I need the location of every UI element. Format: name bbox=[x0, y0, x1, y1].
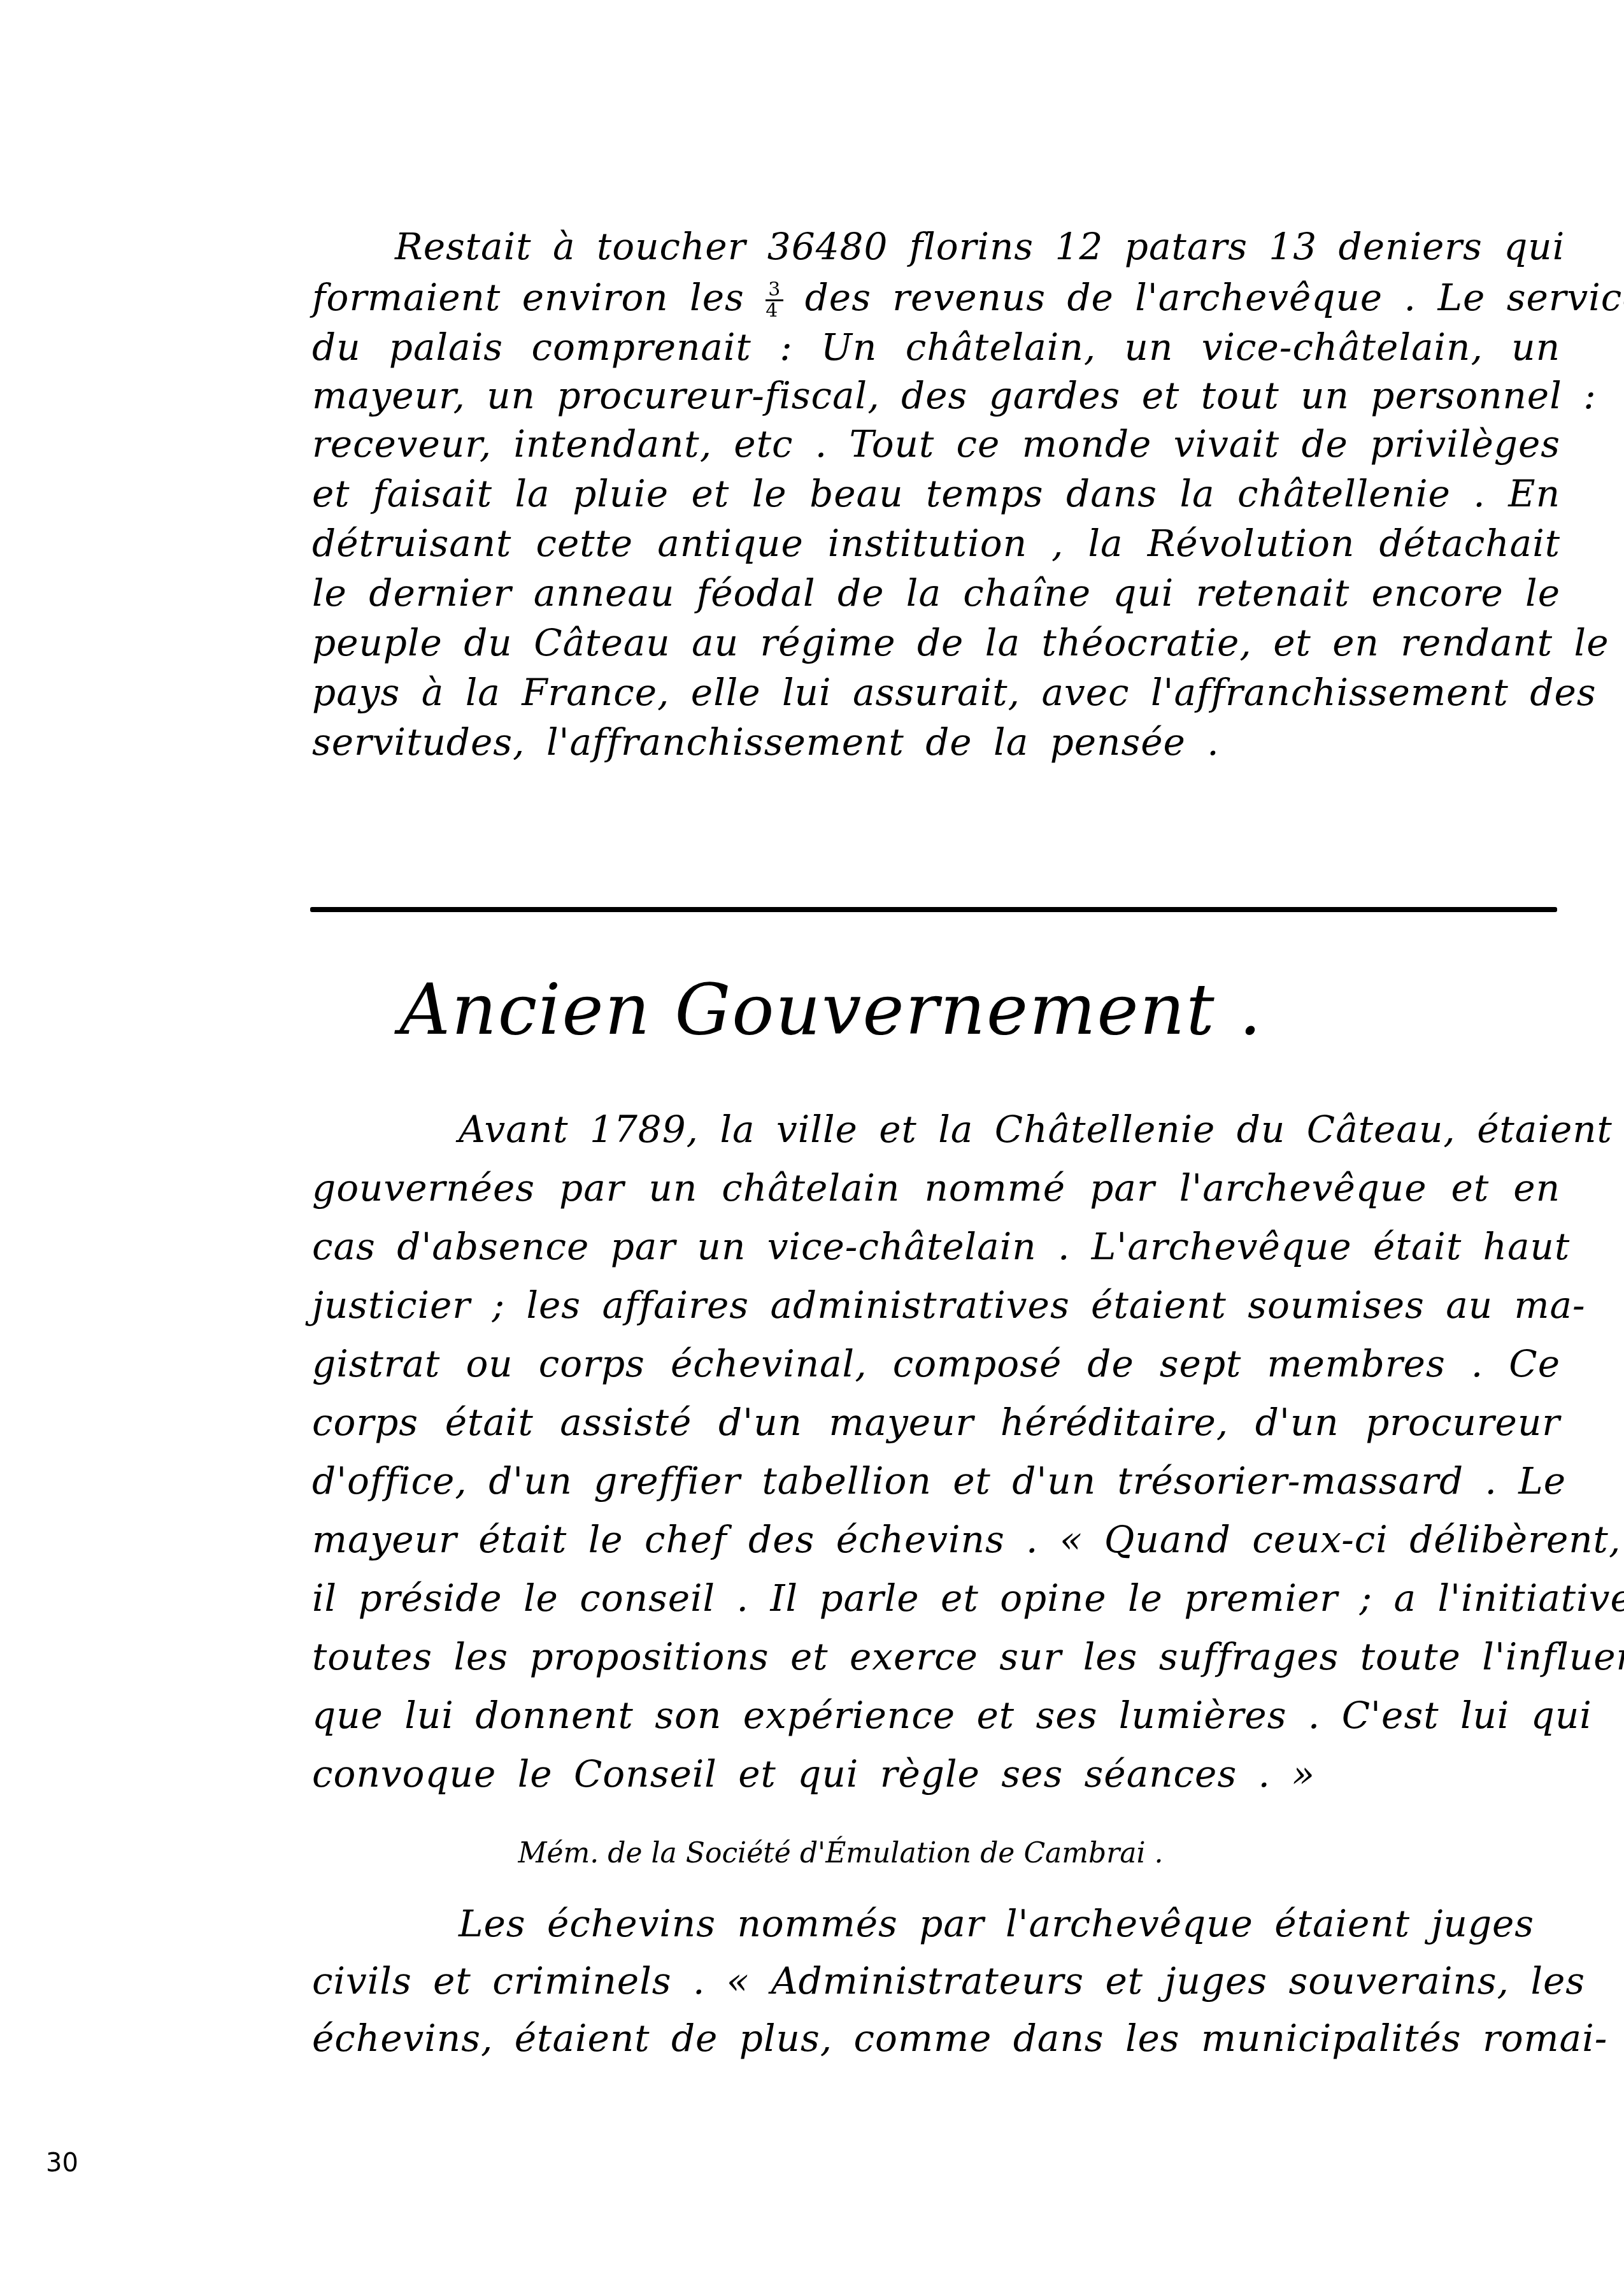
text-line: Restait à toucher 36480 florins 12 patar… bbox=[395, 224, 1560, 269]
text-line: receveur, intendant, etc . Tout ce monde… bbox=[312, 422, 1560, 466]
text-line-with-fraction: formaient environ les 3 4 des revenus de… bbox=[312, 275, 1560, 320]
text-line: cas d'absence par un vice-châtelain . L'… bbox=[312, 1224, 1560, 1269]
text-fragment: formaient environ les bbox=[312, 276, 744, 319]
text-line: pays à la France, elle lui assurait, ave… bbox=[312, 670, 1560, 715]
manuscript-page: Restait à toucher 36480 florins 12 patar… bbox=[0, 0, 1624, 2293]
section-divider bbox=[310, 907, 1557, 912]
text-line: détruisant cette antique institution , l… bbox=[312, 521, 1560, 566]
text-line: du palais comprenait : Un châtelain, un … bbox=[312, 325, 1560, 369]
fraction-denominator: 4 bbox=[766, 301, 783, 320]
text-line: toutes les propositions et exerce sur le… bbox=[312, 1634, 1560, 1679]
text-line: il préside le conseil . Il parle et opin… bbox=[312, 1576, 1560, 1620]
text-line: justicier ; les affaires administratives… bbox=[312, 1283, 1560, 1327]
text-line: mayeur était le chef des échevins . « Qu… bbox=[312, 1517, 1560, 1562]
text-line: que lui donnent son expérience et ses lu… bbox=[312, 1693, 1560, 1738]
section-heading: Ancien Gouvernement . bbox=[0, 965, 1624, 1054]
text-line: Les échevins nommés par l'archevêque éta… bbox=[459, 1901, 1516, 1946]
text-line: gouvernées par un châtelain nommé par l'… bbox=[312, 1166, 1560, 1210]
fraction: 3 4 bbox=[766, 280, 783, 320]
citation-source: Mém. de la Société d'Émulation de Cambra… bbox=[0, 1834, 1624, 1873]
page-number: 30 bbox=[46, 2149, 78, 2177]
text-line: gistrat ou corps échevinal, composé de s… bbox=[312, 1341, 1560, 1386]
text-line: civils et criminels . « Administrateurs … bbox=[312, 1959, 1560, 2003]
text-line: peuple du Câteau au régime de la théocra… bbox=[312, 620, 1560, 665]
text-line: le dernier anneau féodal de la chaîne qu… bbox=[312, 571, 1560, 615]
text-line: échevins, étaient de plus, comme dans le… bbox=[312, 2016, 1560, 2061]
text-fragment: des revenus de l'archevêque . Le service bbox=[805, 276, 1624, 319]
text-line: convoque le Conseil et qui règle ses séa… bbox=[312, 1752, 1204, 1796]
text-line: Avant 1789, la ville et la Châtellenie d… bbox=[459, 1107, 1560, 1152]
text-line: servitudes, l'affranchissement de la pen… bbox=[312, 720, 1216, 764]
text-line: corps était assisté d'un mayeur hérédita… bbox=[312, 1400, 1560, 1445]
text-line: et faisait la pluie et le beau temps dan… bbox=[312, 471, 1560, 516]
text-line: mayeur, un procureur-fiscal, des gardes … bbox=[312, 373, 1560, 418]
fraction-numerator: 3 bbox=[766, 280, 783, 301]
text-line: d'office, d'un greffier tabellion et d'u… bbox=[312, 1459, 1560, 1503]
